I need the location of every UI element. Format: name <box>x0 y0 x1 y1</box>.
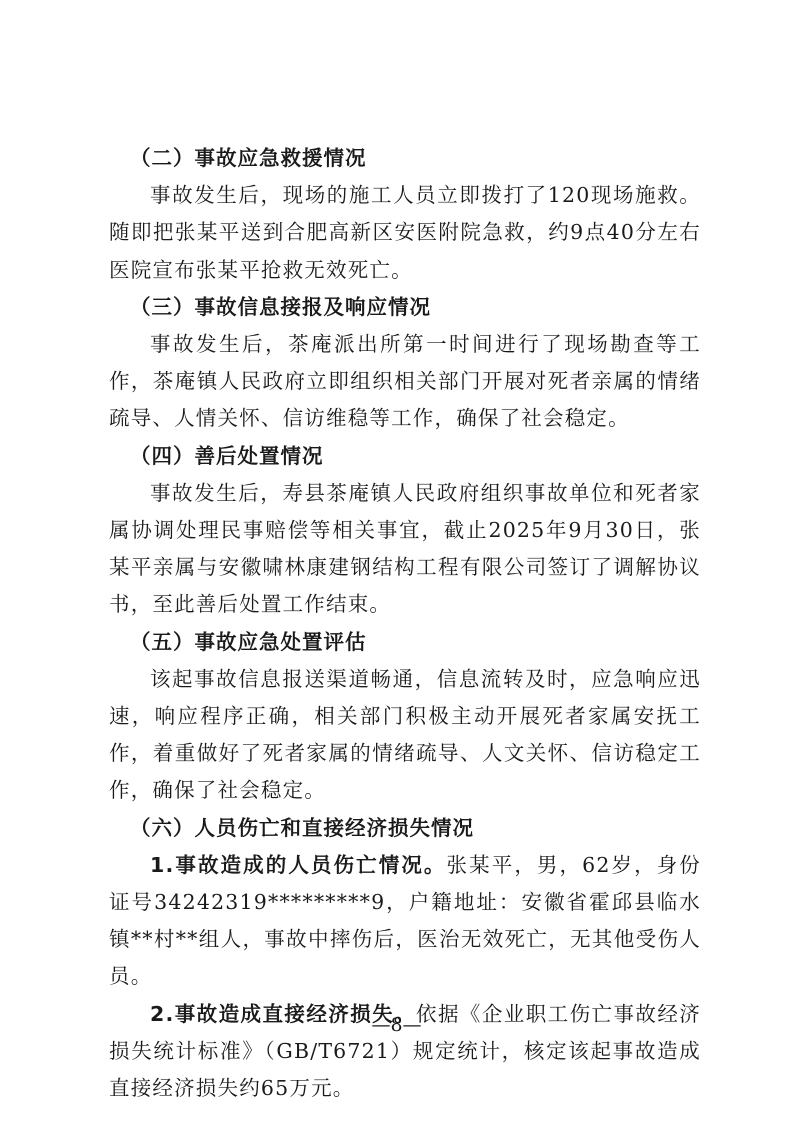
section-heading-casualties-losses: （六）人员伤亡和直接经济损失情况 <box>109 810 701 847</box>
paragraph-evaluation: 该起事故信息报送渠道畅通，信息流转及时，应急响应迅速，响应程序正确，相关部门积极… <box>109 661 701 810</box>
section-heading-emergency-rescue: （二）事故应急救援情况 <box>109 140 701 177</box>
section-heading-evaluation: （五）事故应急处置评估 <box>109 624 701 661</box>
paragraph-economic-loss: 2.事故造成直接经济损失。依据《企业职工伤亡事故经济损失统计标准》（GB/T67… <box>109 996 701 1108</box>
casualties-lead: 1.事故造成的人员伤亡情况。 <box>150 853 447 877</box>
paragraph-aftermath: 事故发生后，寿县茶庵镇人民政府组织事故单位和死者家属协调处理民事赔偿等相关事宜，… <box>109 475 701 624</box>
paragraph-info-response: 事故发生后，茶庵派出所第一时间进行了现场勘查等工作，茶庵镇人民政府立即组织相关部… <box>109 326 701 438</box>
page-number: —8— <box>0 1014 793 1036</box>
document-page: （二）事故应急救援情况 事故发生后，现场的施工人员立即拨打了120现场施救。随即… <box>109 140 701 1107</box>
paragraph-emergency-rescue: 事故发生后，现场的施工人员立即拨打了120现场施救。随即把张某平送到合肥高新区安… <box>109 177 701 289</box>
section-heading-aftermath: （四）善后处置情况 <box>109 438 701 475</box>
section-heading-info-response: （三）事故信息接报及响应情况 <box>109 289 701 326</box>
paragraph-casualties: 1.事故造成的人员伤亡情况。张某平，男，62岁，身份证号34242319****… <box>109 847 701 996</box>
